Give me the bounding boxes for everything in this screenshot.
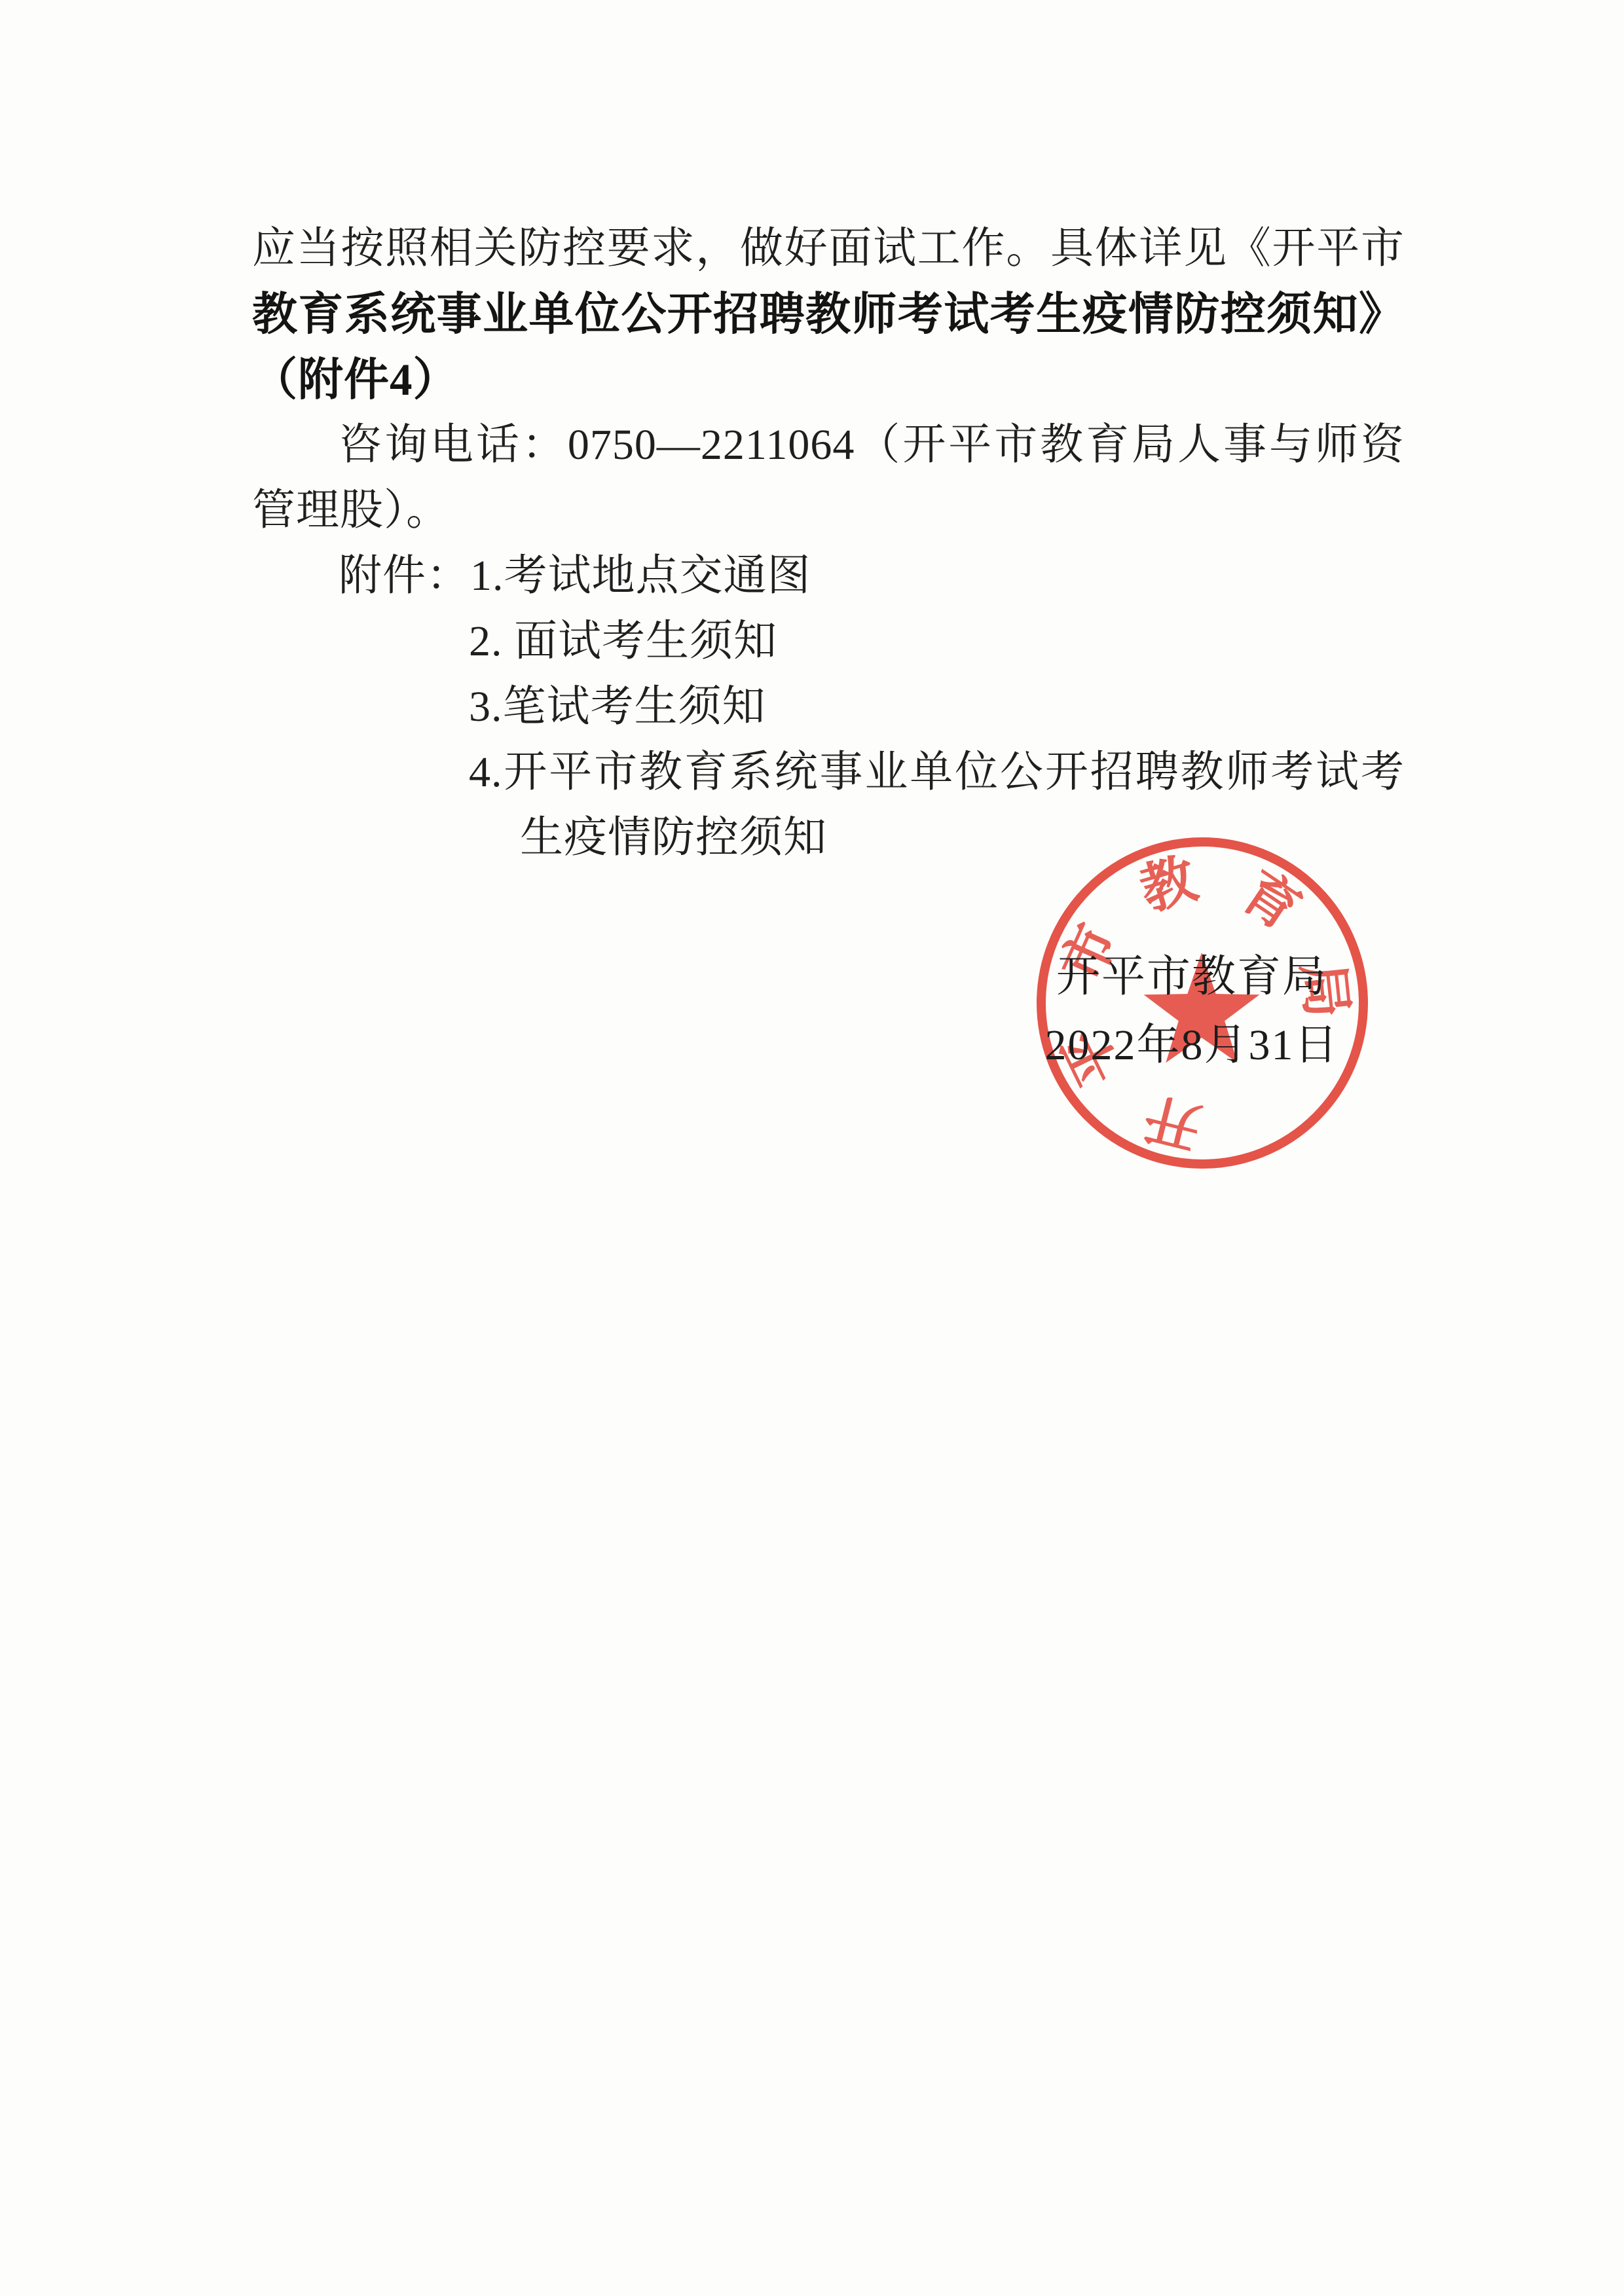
paragraph-line: 管理股）。 bbox=[252, 478, 1405, 543]
signature-org: 开平市教育局 bbox=[930, 944, 1454, 1010]
seal-char: 开 bbox=[1139, 1085, 1207, 1158]
paragraph-line: （附件4） bbox=[252, 347, 1405, 412]
paragraph-line: 应当按照相关防控要求，做好面试工作。具体详见《开平市 bbox=[252, 216, 1405, 282]
attachment-list-header: 附件：1.考试地点交通图 bbox=[252, 543, 1405, 609]
paragraph-line: 教育系统事业单位公开招聘教师考试考生疫情防控须知》 bbox=[252, 282, 1405, 347]
attachment-item: 4.开平市教育系统事业单位公开招聘教师考试考 bbox=[252, 740, 1405, 805]
attachment-item-continuation: 生疫情防控须知 bbox=[252, 805, 1405, 871]
document-body: 应当按照相关防控要求，做好面试工作。具体详见《开平市 教育系统事业单位公开招聘教… bbox=[252, 216, 1405, 871]
attachment-item: 2. 面试考生须知 bbox=[252, 609, 1405, 674]
paragraph-line: 咨询电话：0750—2211064（开平市教育局人事与师资 bbox=[252, 412, 1405, 478]
attachment-item: 3.笔试考生须知 bbox=[252, 674, 1405, 740]
document-page: 应当按照相关防控要求，做好面试工作。具体详见《开平市 教育系统事业单位公开招聘教… bbox=[0, 0, 1624, 2296]
signature-date: 2022年8月31日 bbox=[930, 1013, 1454, 1078]
